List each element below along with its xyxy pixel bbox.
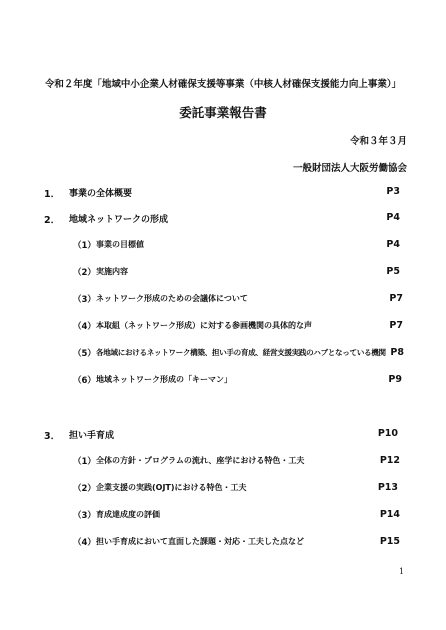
item-number: （3）	[73, 293, 96, 305]
item-label: 企業支援の実践(OJT)における特色・工夫	[96, 482, 247, 493]
page-ref: P15	[380, 536, 400, 547]
toc-item-3-3: （3） 育成達成度の評価 P14	[0, 509, 446, 523]
item-label: 育成達成度の評価	[96, 509, 160, 520]
page-ref: P10	[378, 428, 398, 439]
page-ref: P13	[378, 482, 398, 493]
project-subtitle: 令和２年度「地域中小企業人材確保支援等事業（中核人材確保支援能力向上事業）」	[0, 76, 446, 90]
page-ref: P7	[389, 293, 403, 304]
toc-item-3-2: （2） 企業支援の実践(OJT)における特色・工夫 P13	[0, 482, 446, 496]
item-number: （2）	[73, 266, 96, 278]
item-label: 実施内容	[96, 266, 128, 277]
page-ref: P4	[386, 212, 400, 223]
item-number: （4）	[73, 536, 96, 548]
page-ref: P4	[386, 239, 400, 250]
item-number: （1）	[73, 455, 96, 467]
section-label: 担い手育成	[69, 428, 114, 441]
item-label: ネットワーク形成のための会議体について	[96, 293, 248, 304]
page-ref: P3	[386, 186, 400, 197]
item-label: 本取組（ネットワーク形成）に対する参画機関の具体的な声	[96, 320, 312, 331]
page-ref: P7	[389, 320, 403, 331]
toc-item-3-4: （4） 担い手育成において直面した課題・対応・工夫した点など P15	[0, 536, 446, 550]
toc-item-2-6: （6） 地域ネットワーク形成の「キーマン」 P9	[0, 374, 446, 388]
toc-item-2-2: （2） 実施内容 P5	[0, 266, 446, 280]
item-label: 全体の方針・プログラムの流れ、座学における特色・工夫	[96, 455, 304, 466]
toc-section-1: 1． 事業の全体概要 P3	[0, 186, 446, 200]
item-number: （5）	[73, 347, 96, 359]
report-title: 委託事業報告書	[0, 103, 446, 121]
toc-item-2-3: （3） ネットワーク形成のための会議体について P7	[0, 293, 446, 307]
toc-item-2-4: （4） 本取組（ネットワーク形成）に対する参画機関の具体的な声 P7	[0, 320, 446, 334]
item-label: 事業の目標値	[96, 239, 144, 250]
item-label: 担い手育成において直面した課題・対応・工夫した点など	[96, 536, 304, 547]
page-ref: P8	[390, 347, 404, 358]
toc-item-3-1: （1） 全体の方針・プログラムの流れ、座学における特色・工夫 P12	[0, 455, 446, 469]
item-label: 各地域におけるネットワーク構築、担い手の育成、経営支援実践のハブとなっている機関	[96, 347, 386, 358]
item-number: （3）	[73, 509, 96, 521]
page-ref: P14	[380, 509, 400, 520]
page-ref: P12	[380, 455, 400, 466]
section-number: 2．	[44, 212, 60, 226]
toc-section-3: 3． 担い手育成 P10	[0, 428, 446, 442]
item-number: （4）	[73, 320, 96, 332]
toc-item-2-1: （1） 事業の目標値 P4	[0, 239, 446, 253]
toc-section-2: 2． 地域ネットワークの形成 P4	[0, 212, 446, 226]
section-label: 地域ネットワークの形成	[69, 212, 168, 225]
item-number: （1）	[73, 239, 96, 251]
page-number: 1	[399, 567, 404, 576]
page-ref: P5	[386, 266, 400, 277]
item-label: 地域ネットワーク形成の「キーマン」	[96, 374, 232, 385]
organization-name: 一般財団法人大阪労働協会	[293, 160, 407, 174]
section-number: 1．	[44, 186, 60, 200]
page-ref: P9	[388, 374, 402, 385]
report-date: 令和３年３月	[350, 133, 407, 147]
item-number: （2）	[73, 482, 96, 494]
section-label: 事業の全体概要	[69, 186, 132, 199]
item-number: （6）	[73, 374, 96, 386]
toc-item-2-5: （5） 各地域におけるネットワーク構築、担い手の育成、経営支援実践のハブとなって…	[0, 347, 446, 361]
section-number: 3．	[44, 428, 60, 442]
